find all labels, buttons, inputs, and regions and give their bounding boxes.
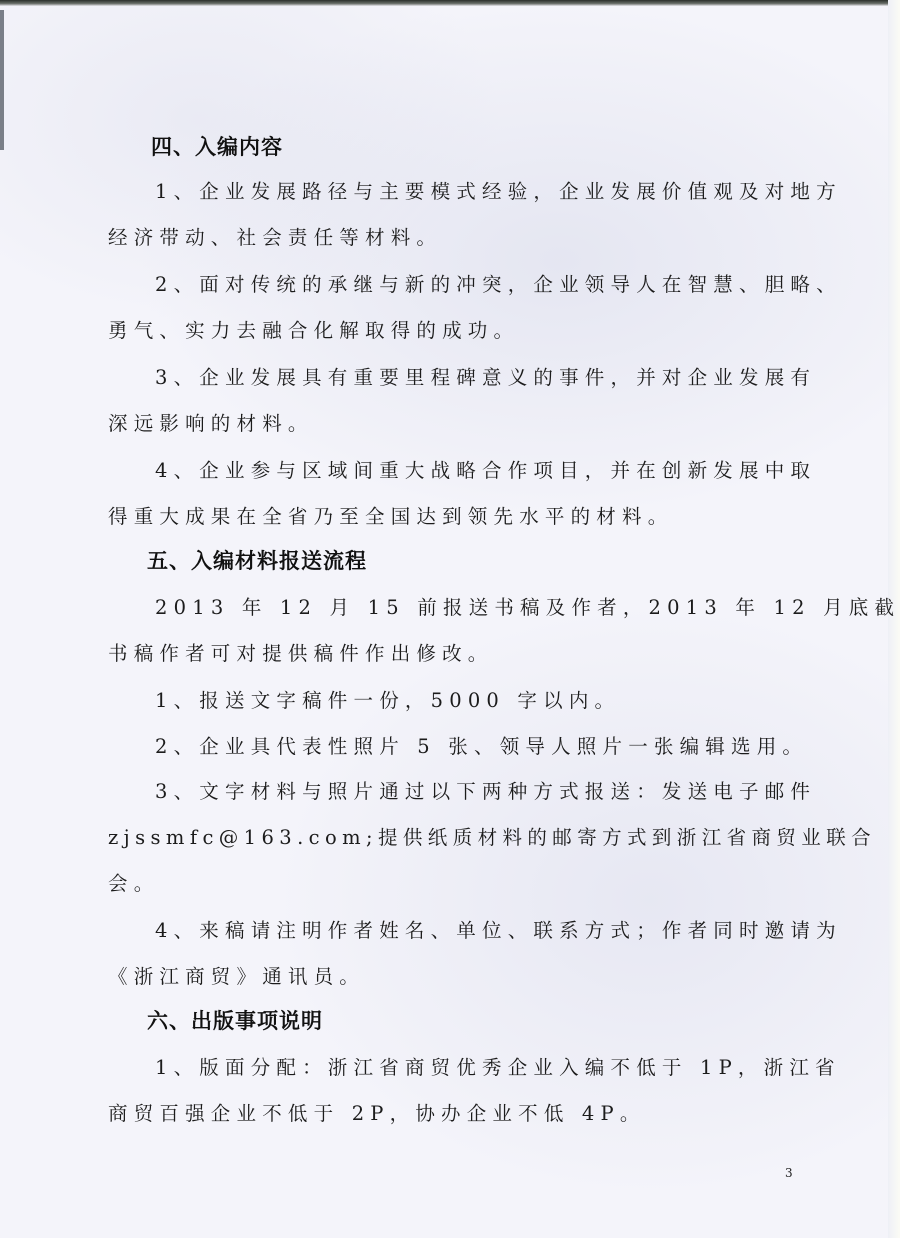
scan-left-edge xyxy=(0,10,4,150)
paragraph-line: 会。 xyxy=(108,868,159,896)
paragraph-line: 2、面对传统的承继与新的冲突，企业领导人在智慧、胆略、 xyxy=(155,269,842,297)
paragraph-line: 1、版面分配：浙江省商贸优秀企业入编不低于 1P，浙江省 xyxy=(155,1052,841,1080)
paragraph-line: 《浙江商贸》通讯员。 xyxy=(108,961,365,989)
paragraph-line-email: zjssmfc@163.com;提供纸质材料的邮寄方式到浙江省商贸业联合 xyxy=(108,822,876,850)
paragraph-line: 经济带动、社会责任等材料。 xyxy=(108,222,442,250)
scan-top-edge xyxy=(0,0,900,6)
paragraph-line: 1、企业发展路径与主要模式经验，企业发展价值观及对地方 xyxy=(155,176,842,204)
paragraph-line: 3、文字材料与照片通过以下两种方式报送：发送电子邮件 xyxy=(155,776,816,804)
paragraph-line: 1、报送文字稿件一份，5000 字以内。 xyxy=(155,685,620,713)
paragraph-line: 4、来稿请注明作者姓名、单位、联系方式；作者同时邀请为 xyxy=(155,915,842,943)
section-heading-content: 四、入编内容 xyxy=(151,131,283,161)
paragraph-line: 4、企业参与区域间重大战略合作项目，并在创新发展中取 xyxy=(155,455,816,483)
paragraph-line: 商贸百强企业不低于 2P，协办企业不低 4P。 xyxy=(108,1098,646,1126)
paragraph-line: 深远影响的材料。 xyxy=(108,408,314,436)
section-heading-publishing: 六、出版事项说明 xyxy=(147,1005,323,1035)
paragraph-line: 3、企业发展具有重要里程碑意义的事件，并对企业发展有 xyxy=(155,362,816,390)
section-heading-submission: 五、入编材料报送流程 xyxy=(147,545,367,575)
paragraph-line: 得重大成果在全省乃至全国达到领先水平的材料。 xyxy=(108,501,673,529)
scanned-page: 四、入编内容 1、企业发展路径与主要模式经验，企业发展价值观及对地方 经济带动、… xyxy=(0,0,900,1238)
paragraph-line: 2、企业具代表性照片 5 张、领导人照片一张编辑选用。 xyxy=(155,731,808,759)
page-number: 3 xyxy=(785,1166,793,1180)
paragraph-line: 书稿作者可对提供稿件作出修改。 xyxy=(108,638,494,666)
paragraph-line: 勇气、实力去融合化解取得的成功。 xyxy=(108,315,519,343)
paragraph-line: 2013 年 12 月 15 前报送书稿及作者，2013 年 12 月底截稿前 xyxy=(155,592,900,620)
